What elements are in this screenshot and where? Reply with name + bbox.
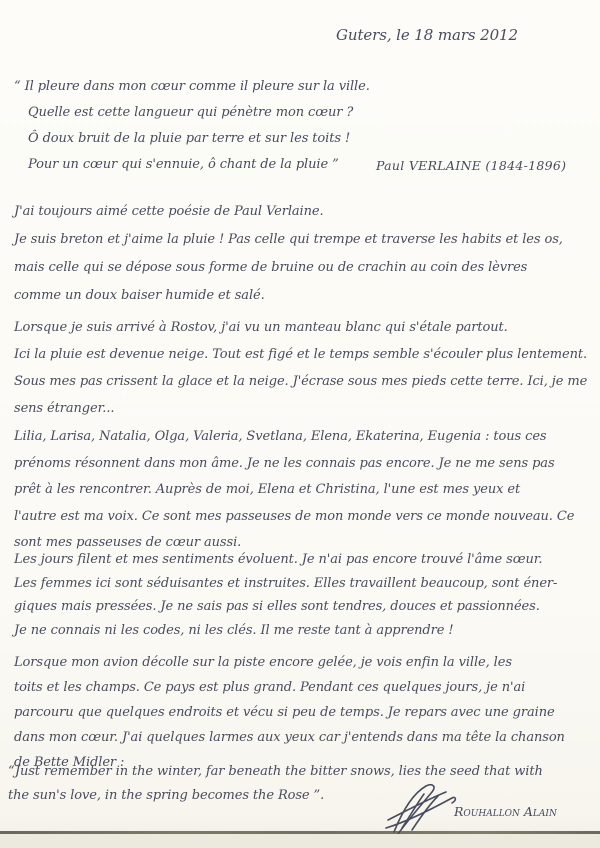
text-line: toits et les champs. Ce pays est plus gr…	[14, 675, 565, 700]
scan-bottom-strip	[0, 834, 600, 848]
signature-scribble	[382, 782, 462, 838]
text-line: prêt à les rencontrer. Auprès de moi, El…	[14, 477, 574, 504]
text-line: Les jours filent et mes sentiments évolu…	[14, 548, 557, 572]
signature-block: Rouhallon Alain	[382, 782, 592, 838]
paragraph-first-names: Lilia, Larisa, Natalia, Olga, Valeria, S…	[14, 424, 574, 557]
text-line: sens étranger...	[14, 395, 587, 422]
poem-attribution: Paul VERLAINE (1844-1896)	[376, 158, 566, 173]
paragraph-departure: Lorsque mon avion décolle sur la piste e…	[14, 650, 565, 775]
text-line: Lorsque je suis arrivé à Rostov, j'ai vu…	[14, 314, 587, 341]
text-line: l'autre est ma voix. Ce sont mes passeus…	[14, 504, 574, 531]
text-line: Je ne connais ni les codes, ni les clés.…	[14, 619, 557, 643]
text-line: giques mais pressées. Je ne sais pas si …	[14, 595, 557, 619]
text-line: Je suis breton et j'aime la pluie ! Pas …	[14, 226, 563, 254]
text-line: Sous mes pas crissent la glace et la nei…	[14, 368, 587, 395]
text-line: Quelle est cette langueur qui pénètre mo…	[14, 100, 370, 126]
text-line: “Just remember in the winter, far beneat…	[8, 760, 543, 784]
poem-quote: “ Il pleure dans mon cœur comme il pleur…	[14, 74, 370, 178]
text-line: comme un doux baiser humide et salé.	[14, 282, 563, 310]
text-line: Ô doux bruit de la pluie par terre et su…	[14, 126, 370, 152]
paragraph-verlaine-love: J'ai toujours aimé cette poésie de Paul …	[14, 198, 563, 310]
text-line: dans mon cœur. J'ai quelques larmes aux …	[14, 725, 565, 750]
dateline: Guters, le 18 mars 2012	[336, 26, 518, 44]
text-line: Pour un cœur qui s'ennuie, ô chant de la…	[14, 152, 370, 178]
text-line: Lilia, Larisa, Natalia, Olga, Valeria, S…	[14, 424, 574, 451]
letter-page: Guters, le 18 mars 2012 “ Il pleure dans…	[0, 0, 600, 848]
text-line: mais celle qui se dépose sous forme de b…	[14, 254, 563, 282]
paragraph-arrival-rostov: Lorsque je suis arrivé à Rostov, j'ai vu…	[14, 314, 587, 422]
signature-name: Rouhallon Alain	[454, 804, 557, 819]
text-line: “ Il pleure dans mon cœur comme il pleur…	[14, 74, 370, 100]
text-line: Les femmes ici sont séduisantes et instr…	[14, 572, 557, 596]
text-line: prénoms résonnent dans mon âme. Je ne le…	[14, 451, 574, 478]
text-line: Lorsque mon avion décolle sur la piste e…	[14, 650, 565, 675]
paragraph-feelings: Les jours filent et mes sentiments évolu…	[14, 548, 557, 642]
text-line: parcouru que quelques endroits et vécu s…	[14, 700, 565, 725]
text-line: J'ai toujours aimé cette poésie de Paul …	[14, 198, 563, 226]
text-line: Ici la pluie est devenue neige. Tout est…	[14, 341, 587, 368]
